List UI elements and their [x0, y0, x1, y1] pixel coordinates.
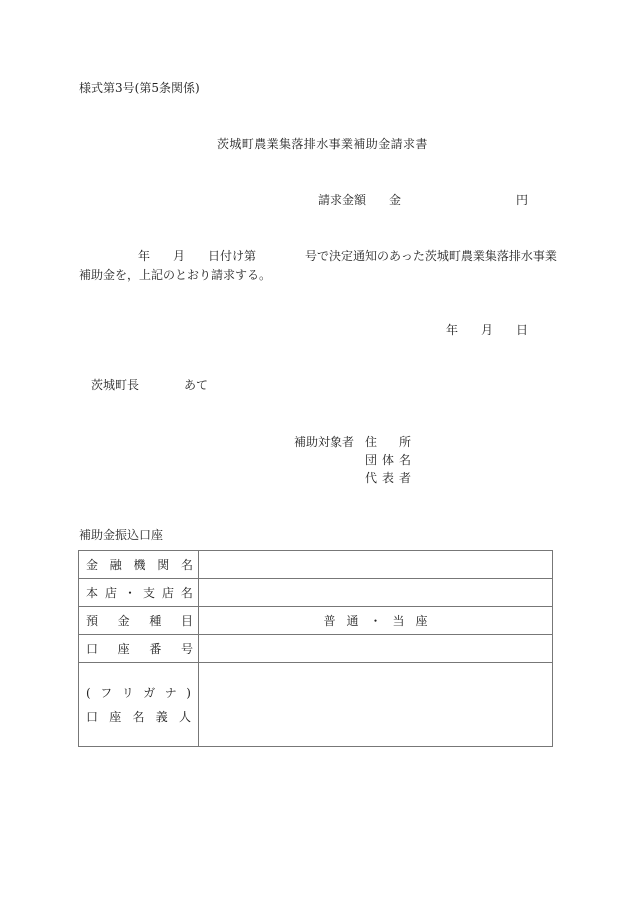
addressee-suffix: あて	[184, 378, 208, 392]
char: (	[86, 686, 91, 700]
table-row: 金 融 機 関 名	[79, 551, 553, 579]
char: ナ	[165, 686, 177, 700]
char: 座	[109, 710, 121, 724]
row-label-bank-name: 金 融 機 関 名	[79, 551, 199, 579]
char: )	[186, 686, 191, 700]
table-row: 口 座 番 号	[79, 635, 553, 663]
char: 融	[110, 558, 122, 572]
char: 支	[143, 586, 155, 600]
char: 号	[181, 642, 193, 656]
char: 名	[181, 586, 193, 600]
statement-month: 月	[173, 249, 185, 263]
amount-prefix: 金	[389, 193, 401, 207]
char: 名	[132, 710, 144, 724]
char: 住	[365, 435, 377, 449]
char: 目	[181, 614, 193, 628]
char: 店	[105, 586, 117, 600]
amount-label: 請求金額	[318, 193, 366, 207]
row-label-deposit-type: 預 金 種 目	[79, 607, 199, 635]
separator: ・	[369, 614, 381, 628]
char: 座	[415, 614, 427, 628]
date-month: 月	[481, 323, 493, 337]
char: 通	[346, 614, 358, 628]
row-label-branch-name: 本 店 ・ 支 店 名	[79, 579, 199, 607]
addressee-name: 茨城町長	[91, 378, 139, 392]
table-row: 預 金 種 目 普 通 ・ 当 座	[79, 607, 553, 635]
char: 口	[86, 642, 98, 656]
bank-account-heading: 補助金振込口座	[79, 528, 163, 542]
char: 機	[133, 558, 145, 572]
option-current[interactable]: 当	[392, 614, 404, 628]
amount-unit: 円	[516, 193, 528, 207]
char: 番	[149, 642, 161, 656]
char: 者	[399, 471, 411, 485]
document-title: 茨城町農業集落排水事業補助金請求書	[217, 137, 428, 151]
account-number-field[interactable]	[199, 635, 553, 663]
table-row: ( フ リ ガ ナ ) 口 座 名 義 人	[79, 663, 553, 747]
account-holder-field[interactable]	[199, 663, 553, 747]
char: 人	[179, 710, 191, 724]
char: 表	[382, 471, 394, 485]
char: リ	[122, 686, 134, 700]
bank-name-field[interactable]	[199, 551, 553, 579]
date-day: 日	[516, 323, 528, 337]
char: 体	[382, 453, 394, 467]
bank-account-table: 金 融 機 関 名 本 店 ・ 支 店 名	[78, 550, 553, 747]
table-row: 本 店 ・ 支 店 名	[79, 579, 553, 607]
char: 名	[399, 453, 411, 467]
char: フ	[100, 686, 112, 700]
row-label-account-number: 口 座 番 号	[79, 635, 199, 663]
char: 団	[365, 453, 377, 467]
deposit-type-field[interactable]: 普 通 ・ 当 座	[199, 607, 553, 635]
statement-year: 年	[138, 249, 150, 263]
row-label-account-holder: ( フ リ ガ ナ ) 口 座 名 義 人	[79, 663, 199, 747]
char: 店	[162, 586, 174, 600]
branch-name-field[interactable]	[199, 579, 553, 607]
char: 座	[118, 642, 130, 656]
applicant-label: 補助対象者	[294, 435, 354, 449]
char: 代	[365, 471, 377, 485]
char: 義	[156, 710, 168, 724]
char: 金	[86, 558, 98, 572]
applicant-representative-label: 代 表 者	[365, 471, 411, 485]
char: 所	[399, 435, 411, 449]
statement-rest: 号で決定通知のあった茨城町農業集落排水事業	[305, 249, 557, 263]
char: 関	[157, 558, 169, 572]
char: 口	[86, 710, 98, 724]
char: 種	[149, 614, 161, 628]
date-year: 年	[446, 323, 458, 337]
applicant-address-label: 住 所	[365, 435, 411, 449]
char: 本	[86, 586, 98, 600]
statement-line-2: 補助金を，上記のとおり請求する。	[79, 268, 271, 282]
char: 預	[86, 614, 98, 628]
char: 金	[118, 614, 130, 628]
form-number: 様式第3号(第5条関係)	[79, 81, 200, 95]
char: ガ	[143, 686, 155, 700]
applicant-group-name-label: 団 体 名	[365, 453, 411, 467]
char: 名	[181, 558, 193, 572]
option-ordinary[interactable]: 普	[324, 614, 336, 628]
statement-day-ref: 日付け第	[208, 249, 256, 263]
char: ・	[124, 586, 136, 600]
